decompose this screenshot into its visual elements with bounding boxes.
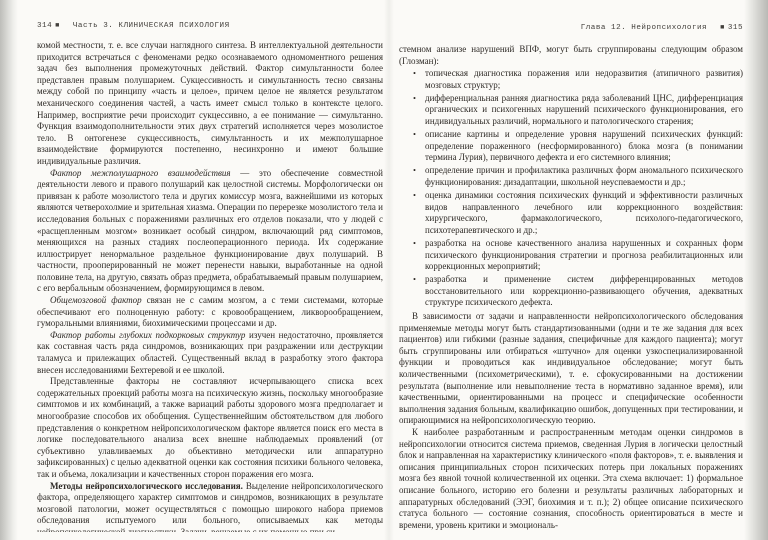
paragraph-text: Представленные факторы не составляют исч… xyxy=(37,376,383,479)
list-item: •дифференциальная ранняя диагностика ряд… xyxy=(411,93,743,128)
page-right: Глава 12. Нейропсихология■315 стемном ан… xyxy=(399,0,743,540)
page-gutter xyxy=(384,0,394,540)
bullet-marker: • xyxy=(411,238,425,273)
list-item-text: описание картины и определение уровня на… xyxy=(425,129,743,164)
page-left: 314■Часть 3. КЛИНИЧЕСКАЯ ПСИХОЛОГИЯ комо… xyxy=(37,0,383,540)
running-title-left: Часть 3. КЛИНИЧЕСКАЯ ПСИХОЛОГИЯ xyxy=(73,22,230,30)
paragraph: Представленные факторы не составляют исч… xyxy=(37,376,383,480)
running-title-right: Глава 12. Нейропсихология xyxy=(581,24,707,32)
list-item-text: разработка на основе качественного анали… xyxy=(425,238,743,273)
bullet-marker: • xyxy=(411,93,425,128)
bullet-marker: • xyxy=(411,165,425,188)
paragraph: В зависимости от задачи и направленности… xyxy=(399,311,743,427)
paragraph: Методы нейропсихологического исследовани… xyxy=(37,481,383,532)
paragraph: стемном анализе нарушений ВПФ, могут быт… xyxy=(399,44,743,67)
list-item-text: разработка и применение систем дифференц… xyxy=(425,274,743,309)
list-item-text: топическая диагностика поражения или нед… xyxy=(425,68,743,91)
running-head-right: Глава 12. Нейропсихология■315 xyxy=(399,24,743,32)
page-body-left: комой местности, т. е. все случаи нагляд… xyxy=(37,40,383,532)
paragraph: Общемозговой фактор связан не с самим мо… xyxy=(37,295,383,330)
list-item-text: дифференциальная ранняя диагностика ряда… xyxy=(425,93,743,128)
bullet-marker: • xyxy=(411,68,425,91)
list-item: •топическая диагностика поражения или не… xyxy=(411,68,743,91)
list-item: •разработка и применение систем дифферен… xyxy=(411,274,743,309)
paragraph-lead: Фактор межполушарного взаимодействия xyxy=(50,168,231,178)
bullet-list: •топическая диагностика поражения или не… xyxy=(399,68,743,309)
bullet-marker: • xyxy=(411,129,425,164)
paragraph: комой местности, т. е. все случаи нагляд… xyxy=(37,40,383,168)
square-marker-icon: ■ xyxy=(52,22,63,30)
paragraph-text: комой местности, т. е. все случаи нагляд… xyxy=(37,40,383,166)
list-item-text: оценка динамики состояния психических фу… xyxy=(425,190,743,236)
paragraph: Фактор работы глубоких подкорковых струк… xyxy=(37,330,383,376)
paragraph-lead: Фактор работы глубоких подкорковых струк… xyxy=(50,330,245,340)
list-item: •разработка на основе качественного анал… xyxy=(411,238,743,273)
bullet-marker: • xyxy=(411,190,425,236)
page-body-right: стемном анализе нарушений ВПФ, могут быт… xyxy=(399,44,743,532)
list-item: •определение причин и профилактика разли… xyxy=(411,165,743,188)
book-spread: 314■Часть 3. КЛИНИЧЕСКАЯ ПСИХОЛОГИЯ комо… xyxy=(0,0,768,540)
running-head-left: 314■Часть 3. КЛИНИЧЕСКАЯ ПСИХОЛОГИЯ xyxy=(37,22,383,30)
paragraph-lead: Методы нейропсихологического исследовани… xyxy=(50,481,243,491)
page-number-left: 314 xyxy=(37,22,52,30)
paragraph-lead: Общемозговой фактор xyxy=(50,295,142,305)
paragraph: Фактор межполушарного взаимодействия — э… xyxy=(37,168,383,296)
page-number-right: 315 xyxy=(728,24,743,32)
square-marker-icon: ■ xyxy=(717,24,728,32)
paragraph-text: В зависимости от задачи и направленности… xyxy=(399,311,743,425)
scan-edge-right xyxy=(744,0,768,540)
list-item: •оценка динамики состояния психических ф… xyxy=(411,190,743,236)
paragraph: К наиболее разработанным и распространен… xyxy=(399,427,743,531)
paragraph-text: — это обеспечение совместной деятельност… xyxy=(37,168,383,294)
list-item-text: определение причин и профилактика различ… xyxy=(425,165,743,188)
list-item: •описание картины и определение уровня н… xyxy=(411,129,743,164)
scan-edge-left xyxy=(0,0,18,540)
paragraph-text: К наиболее разработанным и распространен… xyxy=(399,427,743,530)
paragraph-text: стемном анализе нарушений ВПФ, могут быт… xyxy=(399,44,743,66)
bullet-marker: • xyxy=(411,274,425,309)
